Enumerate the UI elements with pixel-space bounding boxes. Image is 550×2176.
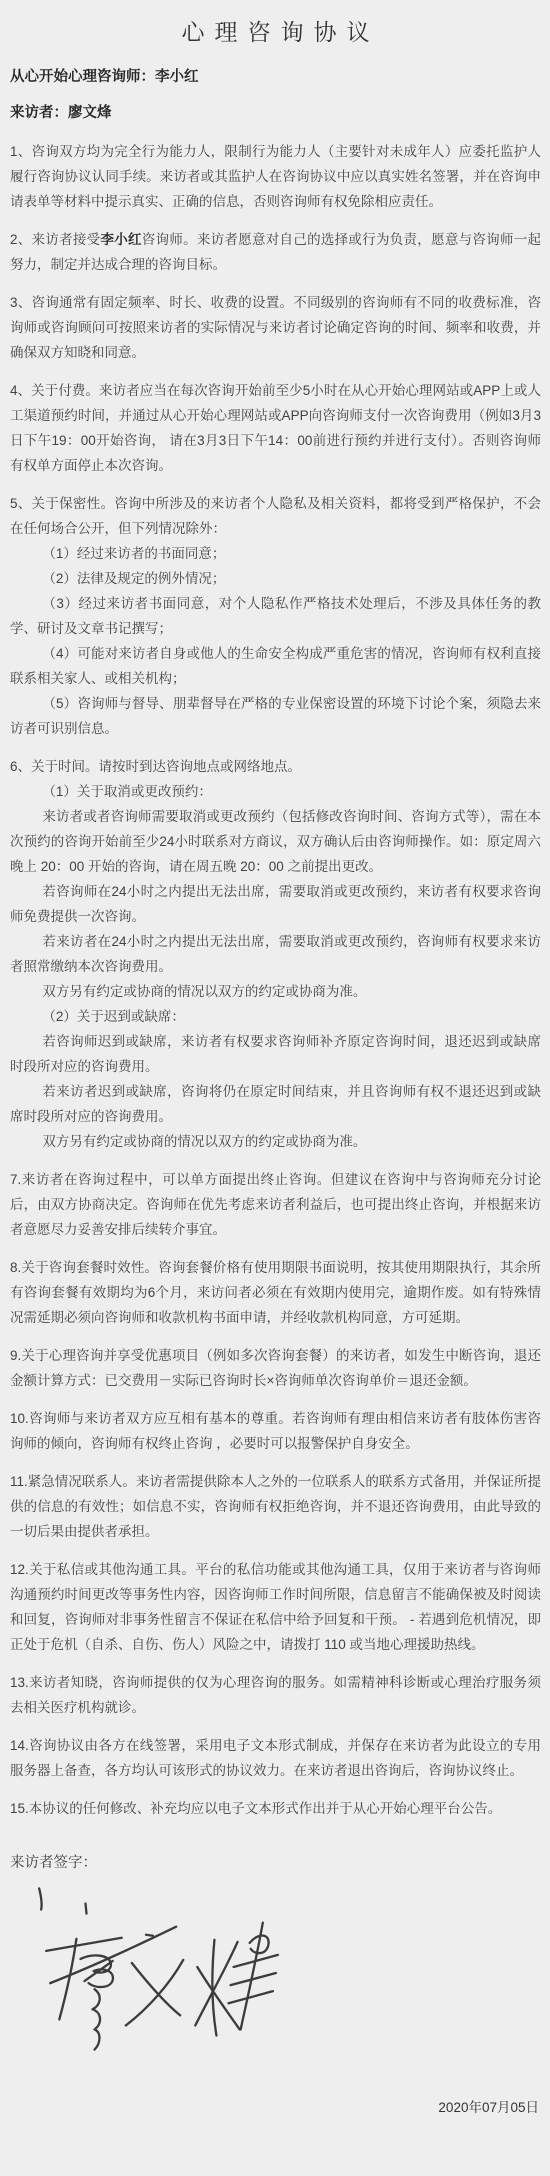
signature-label: 来访者签字： <box>10 1851 541 1872</box>
clause-6: 6、关于时间。请按时到达咨询地点或网络地点。 （1）关于取消或更改预约： 来访者… <box>10 754 541 1154</box>
clause-11-text: 11.紧急情况联系人。来访者需提供除本人之外的一位联系人的联系方式备用，并保证所… <box>10 1469 541 1544</box>
clause-4: 4、关于付费。来访者应当在每次咨询开始前至少5小时在从心开始心理网站或APP上或… <box>10 378 541 478</box>
clause-6-intro: 6、关于时间。请按时到达咨询地点或网络地点。 <box>10 754 541 779</box>
page-title: 心理咨询协议 <box>20 14 541 47</box>
clause-5-item-3: （3）经过来访者书面同意，对个人隐私作严格技术处理后，不涉及具体任务的教学、研讨… <box>10 591 541 641</box>
clause-2-text: 2、来访者接受李小红咨询师。来访者愿意对自己的选择或行为负责，愿意与咨询师一起努… <box>10 227 541 277</box>
clause-5-item-1: （1）经过来访者的书面同意； <box>10 541 541 566</box>
counselor-line: 从心开始心理咨询师：李小红 <box>10 67 541 87</box>
signature-handwriting <box>18 1876 541 2062</box>
clause-10: 10.咨询师与来访者双方应互相有基本的尊重。若咨询师有理由相信来访者有肢体伤害咨… <box>10 1406 541 1456</box>
clause-5-item-4: （4）可能对来访者自身或他人的生命安全构成严重危害的情况，咨询师有权利直接联系相… <box>10 641 541 691</box>
clause-6-item-8: 若来访者迟到或缺席，咨询将仍在原定时间结束，并且咨询师有权不退还迟到或缺席时段所… <box>10 1079 541 1129</box>
clause-7-text: 7.来访者在咨询过程中，可以单方面提出终止咨询。但建议在咨询中与咨询师充分讨论后… <box>10 1167 541 1242</box>
clause-5-intro: 5、关于保密性。咨询中所涉及的来访者个人隐私及相关资料，都将受到严格保护，不会在… <box>10 491 541 541</box>
clause-15-text: 15.本协议的任何修改、补充均应以电子文本形式作出并于从心开始心理平台公告。 <box>10 1796 541 1821</box>
clause-2-prefix: 2、来访者接受 <box>10 232 100 247</box>
clause-13: 13.来访者知晓，咨询师提供的仅为心理咨询的服务。如需精神科诊断或心理治疗服务须… <box>10 1670 541 1720</box>
clause-11: 11.紧急情况联系人。来访者需提供除本人之外的一位联系人的联系方式备用，并保证所… <box>10 1469 541 1544</box>
clause-14-text: 14.咨询协议由各方在线签署，采用电子文本形式制成，并保存在来访者为此设立的专用… <box>10 1733 541 1783</box>
clause-5-item-5: （5）咨询师与督导、朋辈督导在严格的专业保密设置的环境下讨论个案，须隐去来访者可… <box>10 691 541 741</box>
clause-2-counselor-name: 李小红 <box>100 232 141 247</box>
clause-12-text: 12.关于私信或其他沟通工具。平台的私信功能或其他沟通工具，仅用于来访者与咨询师… <box>10 1557 541 1657</box>
clause-10-text: 10.咨询师与来访者双方应互相有基本的尊重。若咨询师有理由相信来访者有肢体伤害咨… <box>10 1406 541 1456</box>
clause-7: 7.来访者在咨询过程中，可以单方面提出终止咨询。但建议在咨询中与咨询师充分讨论后… <box>10 1167 541 1242</box>
clause-13-text: 13.来访者知晓，咨询师提供的仅为心理咨询的服务。如需精神科诊断或心理治疗服务须… <box>10 1670 541 1720</box>
clause-9: 9.关于心理咨询并享受优惠项目（例如多次咨询套餐）的来访者，如发生中断咨询，退还… <box>10 1343 541 1393</box>
clause-8: 8.关于咨询套餐时效性。咨询套餐价格有使用期限书面说明，按其使用期限执行，其余所… <box>10 1255 541 1330</box>
clause-3: 3、咨询通常有固定频率、时长、收费的设置。不同级别的咨询师有不同的收费标准，咨询… <box>10 290 541 365</box>
clause-15: 15.本协议的任何修改、补充均应以电子文本形式作出并于从心开始心理平台公告。 <box>10 1796 541 1821</box>
clause-9-text: 9.关于心理咨询并享受优惠项目（例如多次咨询套餐）的来访者，如发生中断咨询，退还… <box>10 1343 541 1393</box>
clause-4-text: 4、关于付费。来访者应当在每次咨询开始前至少5小时在从心开始心理网站或APP上或… <box>10 378 541 478</box>
visitor-line: 来访者：廖文烽 <box>10 103 541 123</box>
clause-6-item-1: （1）关于取消或更改预约： <box>10 779 541 804</box>
clause-6-item-5: 双方另有约定或协商的情况以双方的约定或协商为准。 <box>10 979 541 1004</box>
clause-3-text: 3、咨询通常有固定频率、时长、收费的设置。不同级别的咨询师有不同的收费标准，咨询… <box>10 290 541 365</box>
clause-6-item-6: （2）关于迟到或缺席： <box>10 1004 541 1029</box>
clause-6-item-7: 若咨询师迟到或缺席，来访者有权要求咨询师补齐原定咨询时间，退还迟到或缺席时段所对… <box>10 1029 541 1079</box>
signature-handwriting-svg <box>18 1876 290 2058</box>
clause-2: 2、来访者接受李小红咨询师。来访者愿意对自己的选择或行为负责，愿意与咨询师一起努… <box>10 227 541 277</box>
clause-1-text: 1、咨询双方均为完全行为能力人，限制行为能力人（主要针对未成年人）应委托监护人履… <box>10 139 541 214</box>
clause-8-text: 8.关于咨询套餐时效性。咨询套餐价格有使用期限书面说明，按其使用期限执行，其余所… <box>10 1255 541 1330</box>
clause-6-item-2: 来访者或者咨询师需要取消或更改预约（包括修改咨询时间、咨询方式等），需在本次预约… <box>10 804 541 879</box>
clause-5-item-2: （2）法律及规定的例外情况； <box>10 566 541 591</box>
clause-1: 1、咨询双方均为完全行为能力人，限制行为能力人（主要针对未成年人）应委托监护人履… <box>10 139 541 214</box>
clause-5: 5、关于保密性。咨询中所涉及的来访者个人隐私及相关资料，都将受到严格保护，不会在… <box>10 491 541 741</box>
agreement-document: 心理咨询协议 从心开始心理咨询师：李小红 来访者：廖文烽 1、咨询双方均为完全行… <box>0 0 550 2176</box>
clause-6-item-3: 若咨询师在24小时之内提出无法出席，需要取消或更改预约，来访者有权要求咨询师免费… <box>10 879 541 929</box>
clause-6-item-9: 双方另有约定或协商的情况以双方的约定或协商为准。 <box>10 1129 541 1154</box>
clause-14: 14.咨询协议由各方在线签署，采用电子文本形式制成，并保存在来访者为此设立的专用… <box>10 1733 541 1783</box>
clause-6-item-4: 若来访者在24小时之内提出无法出席，需要取消或更改预约，咨询师有权要求来访者照常… <box>10 929 541 979</box>
clause-12: 12.关于私信或其他沟通工具。平台的私信功能或其他沟通工具，仅用于来访者与咨询师… <box>10 1557 541 1657</box>
date-line: 2020年07月05日 <box>10 2096 541 2116</box>
